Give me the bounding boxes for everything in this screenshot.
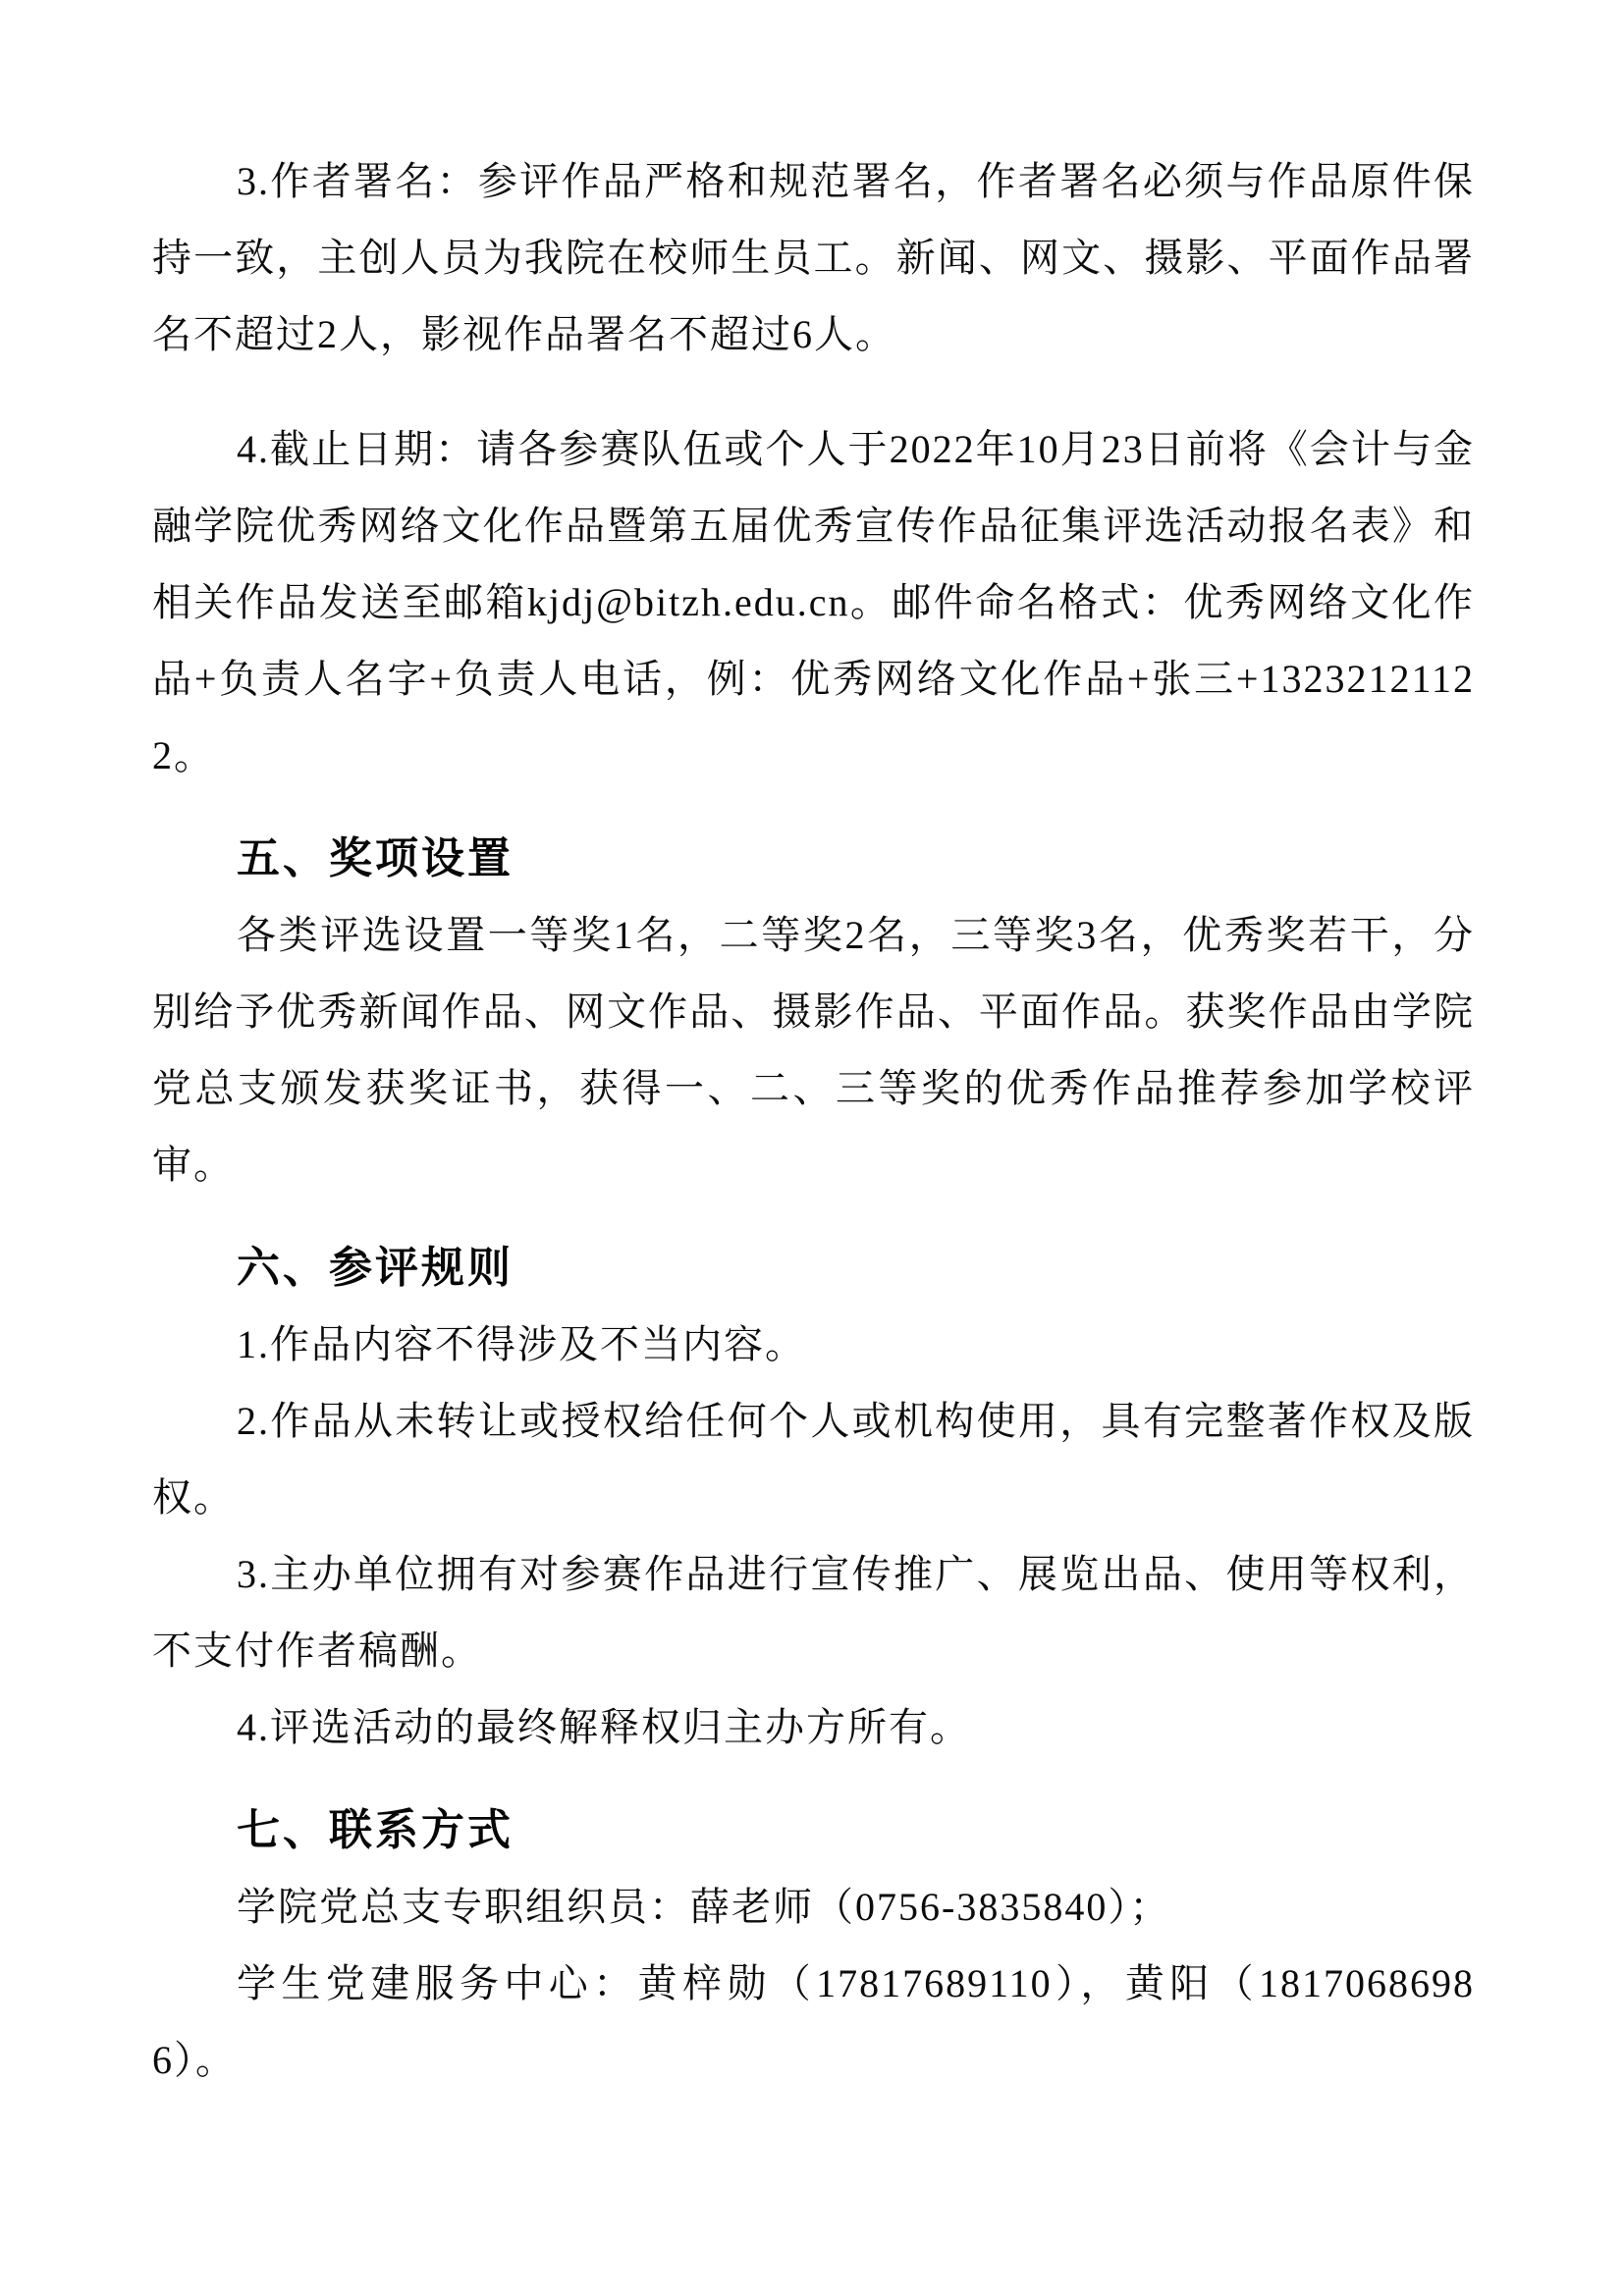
paragraph-award-details: 各类评选设置一等奖1名，二等奖2名，三等奖3名，优秀奖若干，分别给予优秀新闻作品… bbox=[152, 897, 1475, 1203]
paragraph-rule-1: 1.作品内容不得涉及不当内容。 bbox=[152, 1307, 1475, 1383]
section-heading-rules: 六、参评规则 bbox=[152, 1230, 1475, 1307]
document-page: 3.作者署名：参评作品严格和规范署名，作者署名必须与作品原件保持一致，主创人员为… bbox=[0, 0, 1624, 2296]
paragraph-contact-student-center: 学生党建服务中心：黄梓勋（17817689110），黄阳（18170686986… bbox=[152, 1946, 1475, 2099]
paragraph-author-signature: 3.作者署名：参评作品严格和规范署名，作者署名必须与作品原件保持一致，主创人员为… bbox=[152, 143, 1475, 373]
paragraph-contact-organizer: 学院党总支专职组织员：薛老师（0756-3835840）； bbox=[152, 1869, 1475, 1946]
paragraph-rule-2: 2.作品从未转让或授权给任何个人或机构使用，具有完整著作权及版权。 bbox=[152, 1383, 1475, 1536]
section-heading-awards: 五、奖项设置 bbox=[152, 821, 1475, 897]
document-content: 3.作者署名：参评作品严格和规范署名，作者署名必须与作品原件保持一致，主创人员为… bbox=[0, 0, 1624, 2099]
paragraph-rule-3: 3.主办单位拥有对参赛作品进行宣传推广、展览出品、使用等权利，不支付作者稿酬。 bbox=[152, 1536, 1475, 1689]
section-heading-contact: 七、联系方式 bbox=[152, 1792, 1475, 1869]
paragraph-rule-4: 4.评选活动的最终解释权归主办方所有。 bbox=[152, 1689, 1475, 1766]
paragraph-deadline: 4.截止日期：请各参赛队伍或个人于2022年10月23日前将《会计与金融学院优秀… bbox=[152, 411, 1475, 794]
